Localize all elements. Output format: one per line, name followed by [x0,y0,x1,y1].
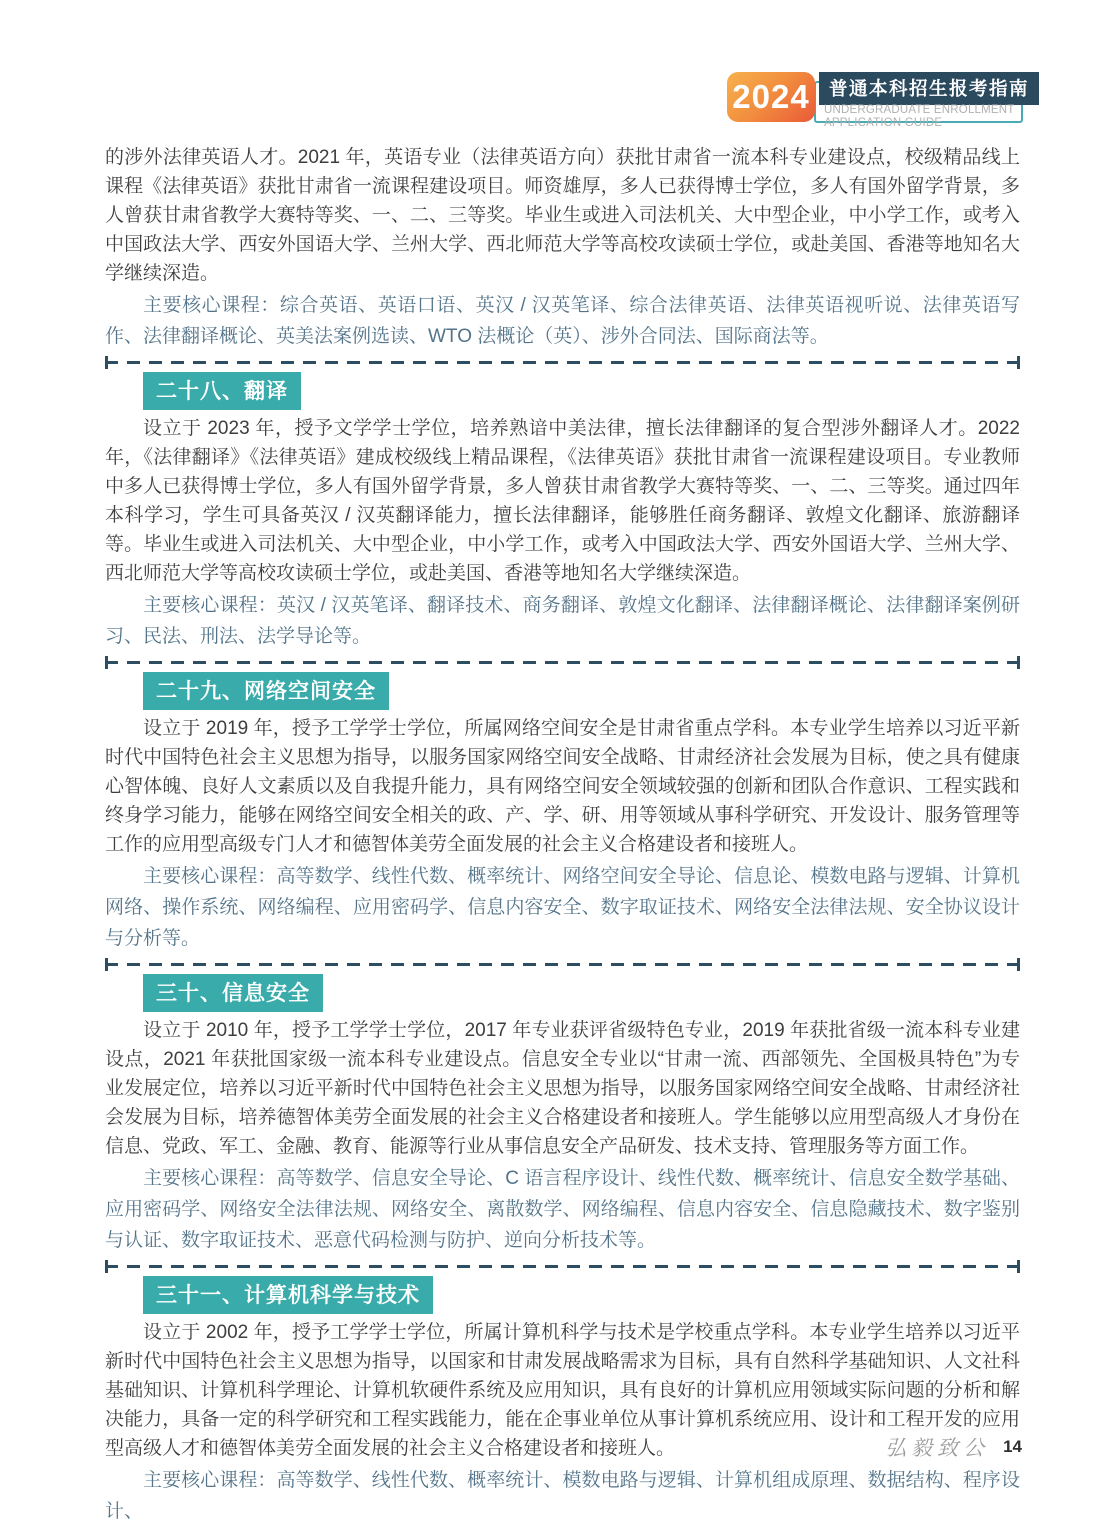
school-motto-calligraphy: 弘毅致公 [885,1432,989,1462]
header-brand: 2024 普通本科招生报考指南 UNDERGRADUATE ENROLLMENT… [727,72,1023,123]
dashed-line [105,661,1020,664]
guide-title-cn: 普通本科招生报考指南 [819,72,1039,105]
section-computer-science: 三十一、计算机科学与技术 设立于 2002 年，授予工学学士学位，所属计算机科学… [105,1276,1020,1527]
section-title-row: 三十、信息安全 [105,974,1020,1012]
section-title-row: 二十九、网络空间安全 [105,672,1020,710]
dashed-separator [105,356,1020,369]
section-paragraph: 设立于 2010 年，授予工学学士学位，2017 年专业获评省级特色专业，201… [105,1016,1020,1161]
intro-core-courses: 主要核心课程：综合英语、英语口语、英汉 / 汉英笔译、综合法律英语、法律英语视听… [105,290,1020,352]
dashed-line [105,361,1020,364]
section-paragraph: 设立于 2002 年，授予工学学士学位，所属计算机科学与技术是学校重点学科。本专… [105,1318,1020,1463]
page-footer: 弘毅致公 14 [885,1432,1022,1462]
section-core-courses: 主要核心课程：高等数学、线性代数、概率统计、模数电路与逻辑、计算机组成原理、数据… [105,1465,1020,1527]
section-core-courses: 主要核心课程：高等数学、线性代数、概率统计、网络空间安全导论、信息论、模数电路与… [105,861,1020,954]
section-title-badge: 三十一、计算机科学与技术 [143,1276,433,1314]
section-core-courses: 主要核心课程：英汉 / 汉英笔译、翻译技术、商务翻译、敦煌文化翻译、法律翻译概论… [105,590,1020,652]
guide-title-en: UNDERGRADUATE ENROLLMENT APPLICATION GUI… [824,104,1015,129]
dashed-line [105,1265,1020,1268]
page-number: 14 [1003,1437,1022,1457]
section-title-badge: 三十、信息安全 [143,974,323,1012]
section-core-courses: 主要核心课程：高等数学、信息安全导论、C 语言程序设计、线性代数、概率统计、信息… [105,1163,1020,1256]
section-title-badge: 二十八、翻译 [143,372,301,410]
section-translation: 二十八、翻译 设立于 2023 年，授予文学学士学位，培养熟谙中美法律，擅长法律… [105,372,1020,652]
section-paragraph: 设立于 2019 年，授予工学学士学位，所属网络空间安全是甘肃省重点学科。本专业… [105,714,1020,859]
guide-title-en-line2: APPLICATION GUIDE [824,117,1015,130]
guide-page: { "header": { "year": "2024", "title_cn"… [0,0,1118,1528]
dashed-separator [105,1260,1020,1273]
dashed-line [105,963,1020,966]
dashed-separator [105,656,1020,669]
year-badge: 2024 [727,72,815,122]
section-paragraph: 设立于 2023 年，授予文学学士学位，培养熟谙中美法律，擅长法律翻译的复合型涉… [105,414,1020,588]
section-title-badge: 二十九、网络空间安全 [143,672,389,710]
intro-continuation-paragraph: 的涉外法律英语人才。2021 年，英语专业（法律英语方向）获批甘肃省一流本科专业… [105,143,1020,288]
section-cyberspace-security: 二十九、网络空间安全 设立于 2019 年，授予工学学士学位，所属网络空间安全是… [105,672,1020,954]
section-title-row: 二十八、翻译 [105,372,1020,410]
dashed-separator [105,958,1020,971]
guide-title-en-line1: UNDERGRADUATE ENROLLMENT [824,104,1015,117]
section-title-row: 三十一、计算机科学与技术 [105,1276,1020,1314]
page-content: 的涉外法律英语人才。2021 年，英语专业（法律英语方向）获批甘肃省一流本科专业… [105,143,1020,1527]
section-information-security: 三十、信息安全 设立于 2010 年，授予工学学士学位，2017 年专业获评省级… [105,974,1020,1256]
